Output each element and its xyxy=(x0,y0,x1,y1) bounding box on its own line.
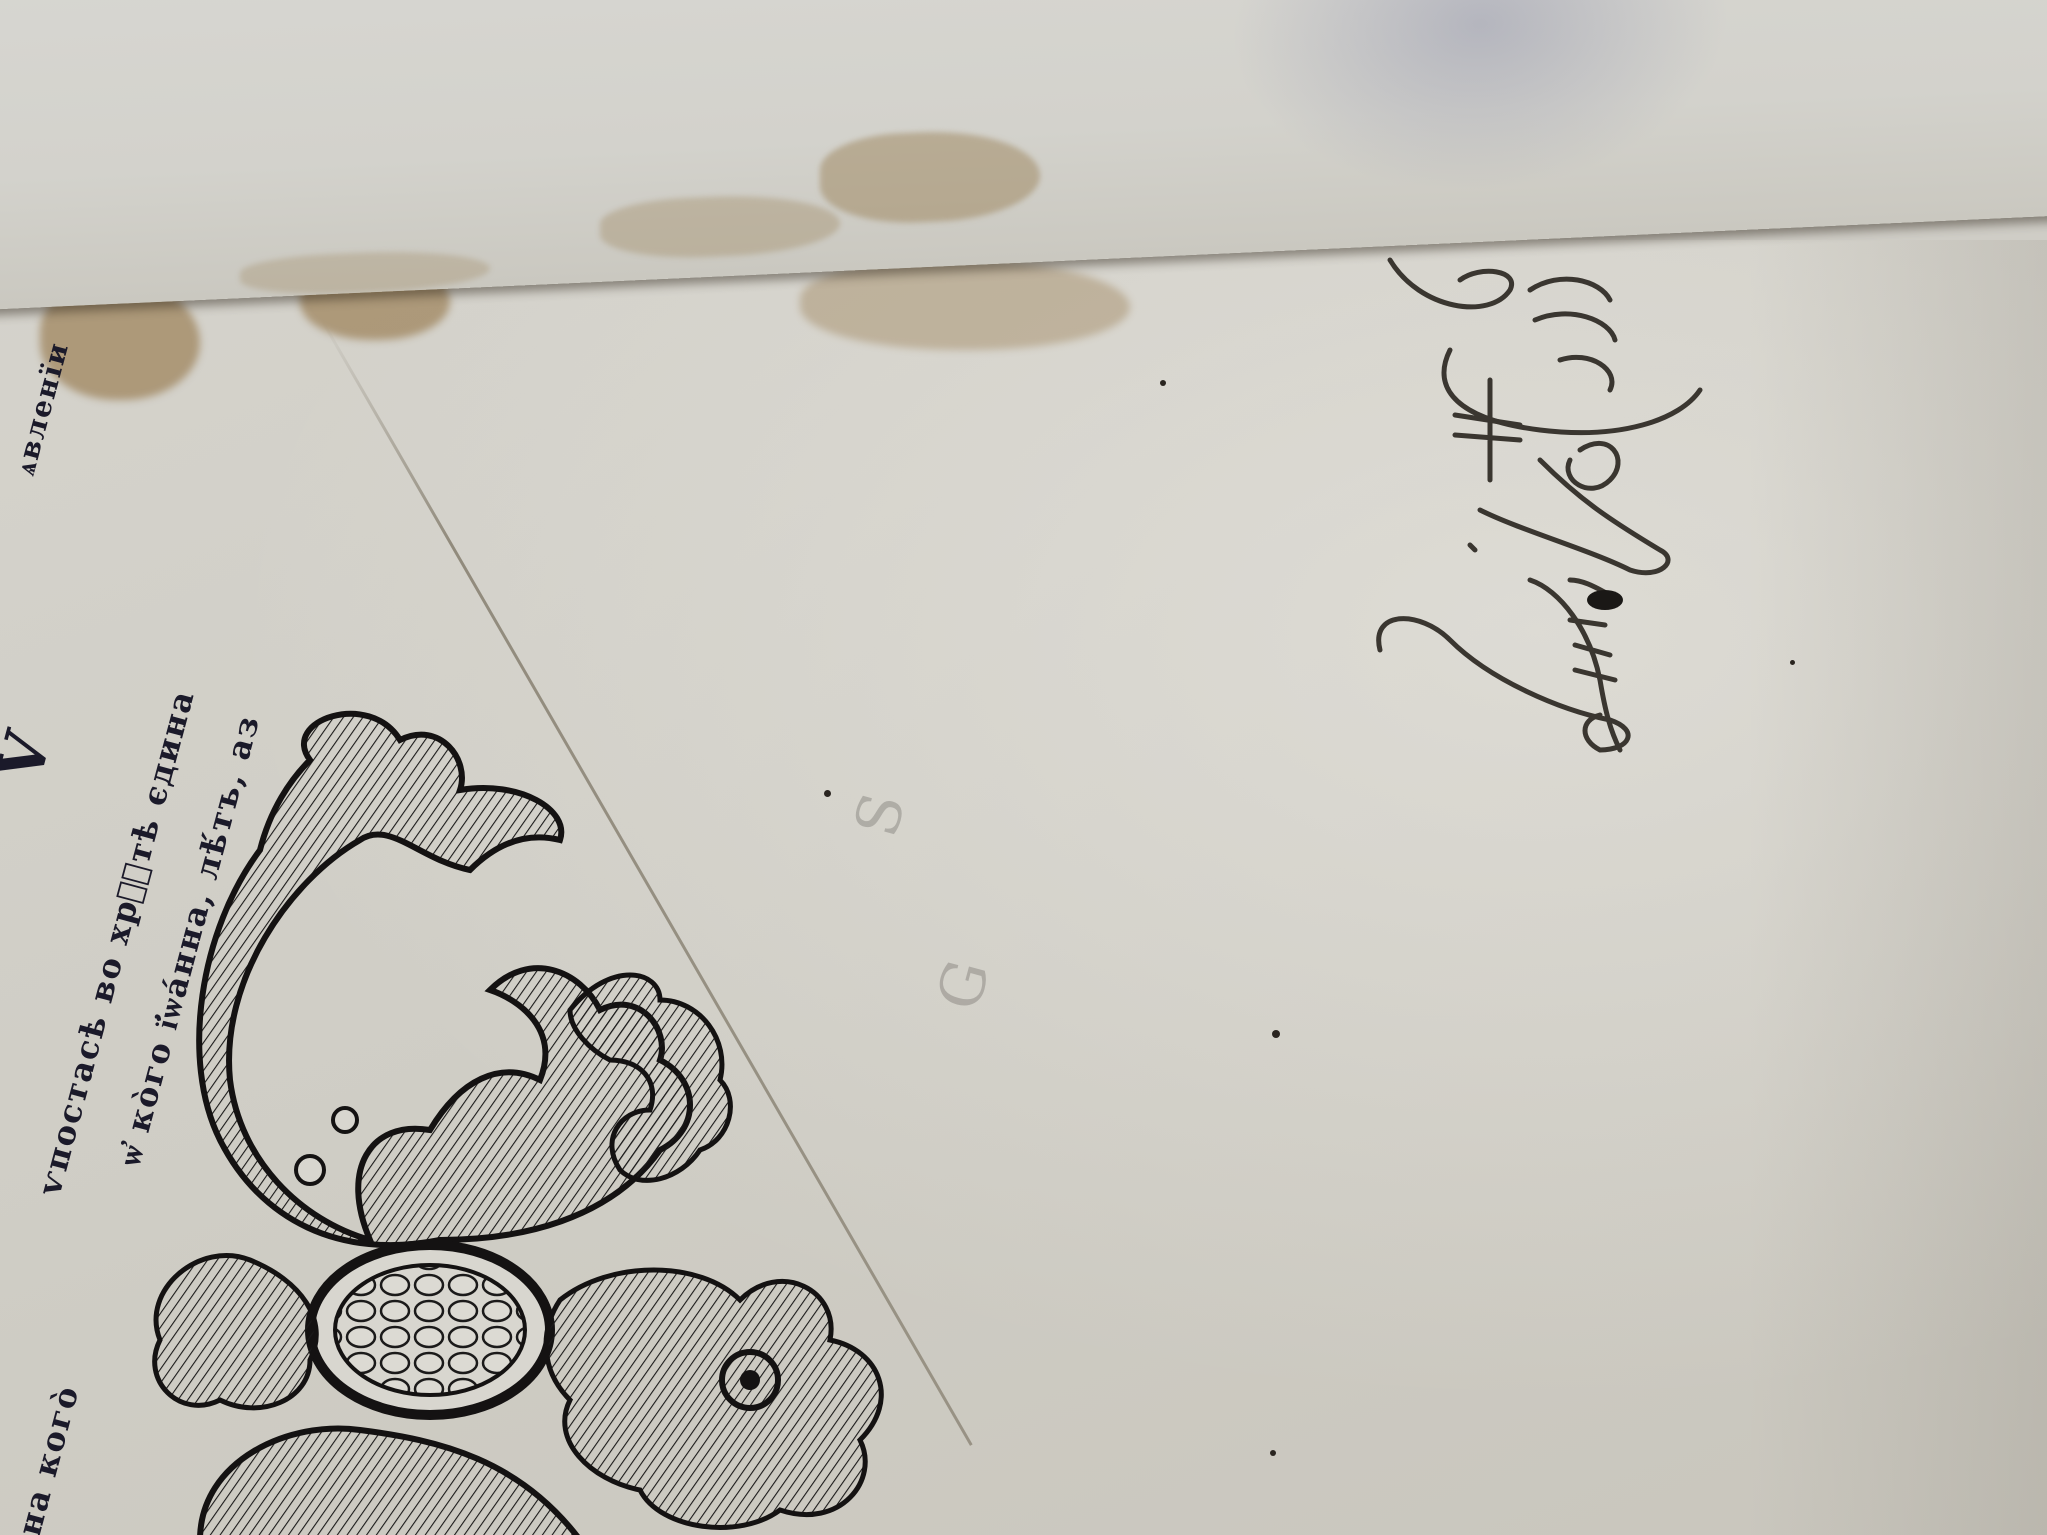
water-stain xyxy=(600,191,840,262)
water-stain xyxy=(820,127,1040,227)
ink-speck xyxy=(1790,660,1795,665)
page-shadow xyxy=(1747,240,2047,1535)
woodcut-ornament-icon xyxy=(140,700,920,1535)
blue-tint xyxy=(1230,0,1730,203)
water-stain xyxy=(800,260,1130,350)
handwritten-inscription xyxy=(1360,250,1780,1030)
ink-speck xyxy=(1272,1030,1280,1038)
ink-speck xyxy=(1270,1450,1276,1456)
photo-scene: S G V ѧвленїи ѵпостасѣ во хрⷭ҇тѣ єдина ѡ… xyxy=(0,0,2047,1535)
ink-speck xyxy=(1160,380,1166,386)
ink-speck xyxy=(824,790,831,797)
